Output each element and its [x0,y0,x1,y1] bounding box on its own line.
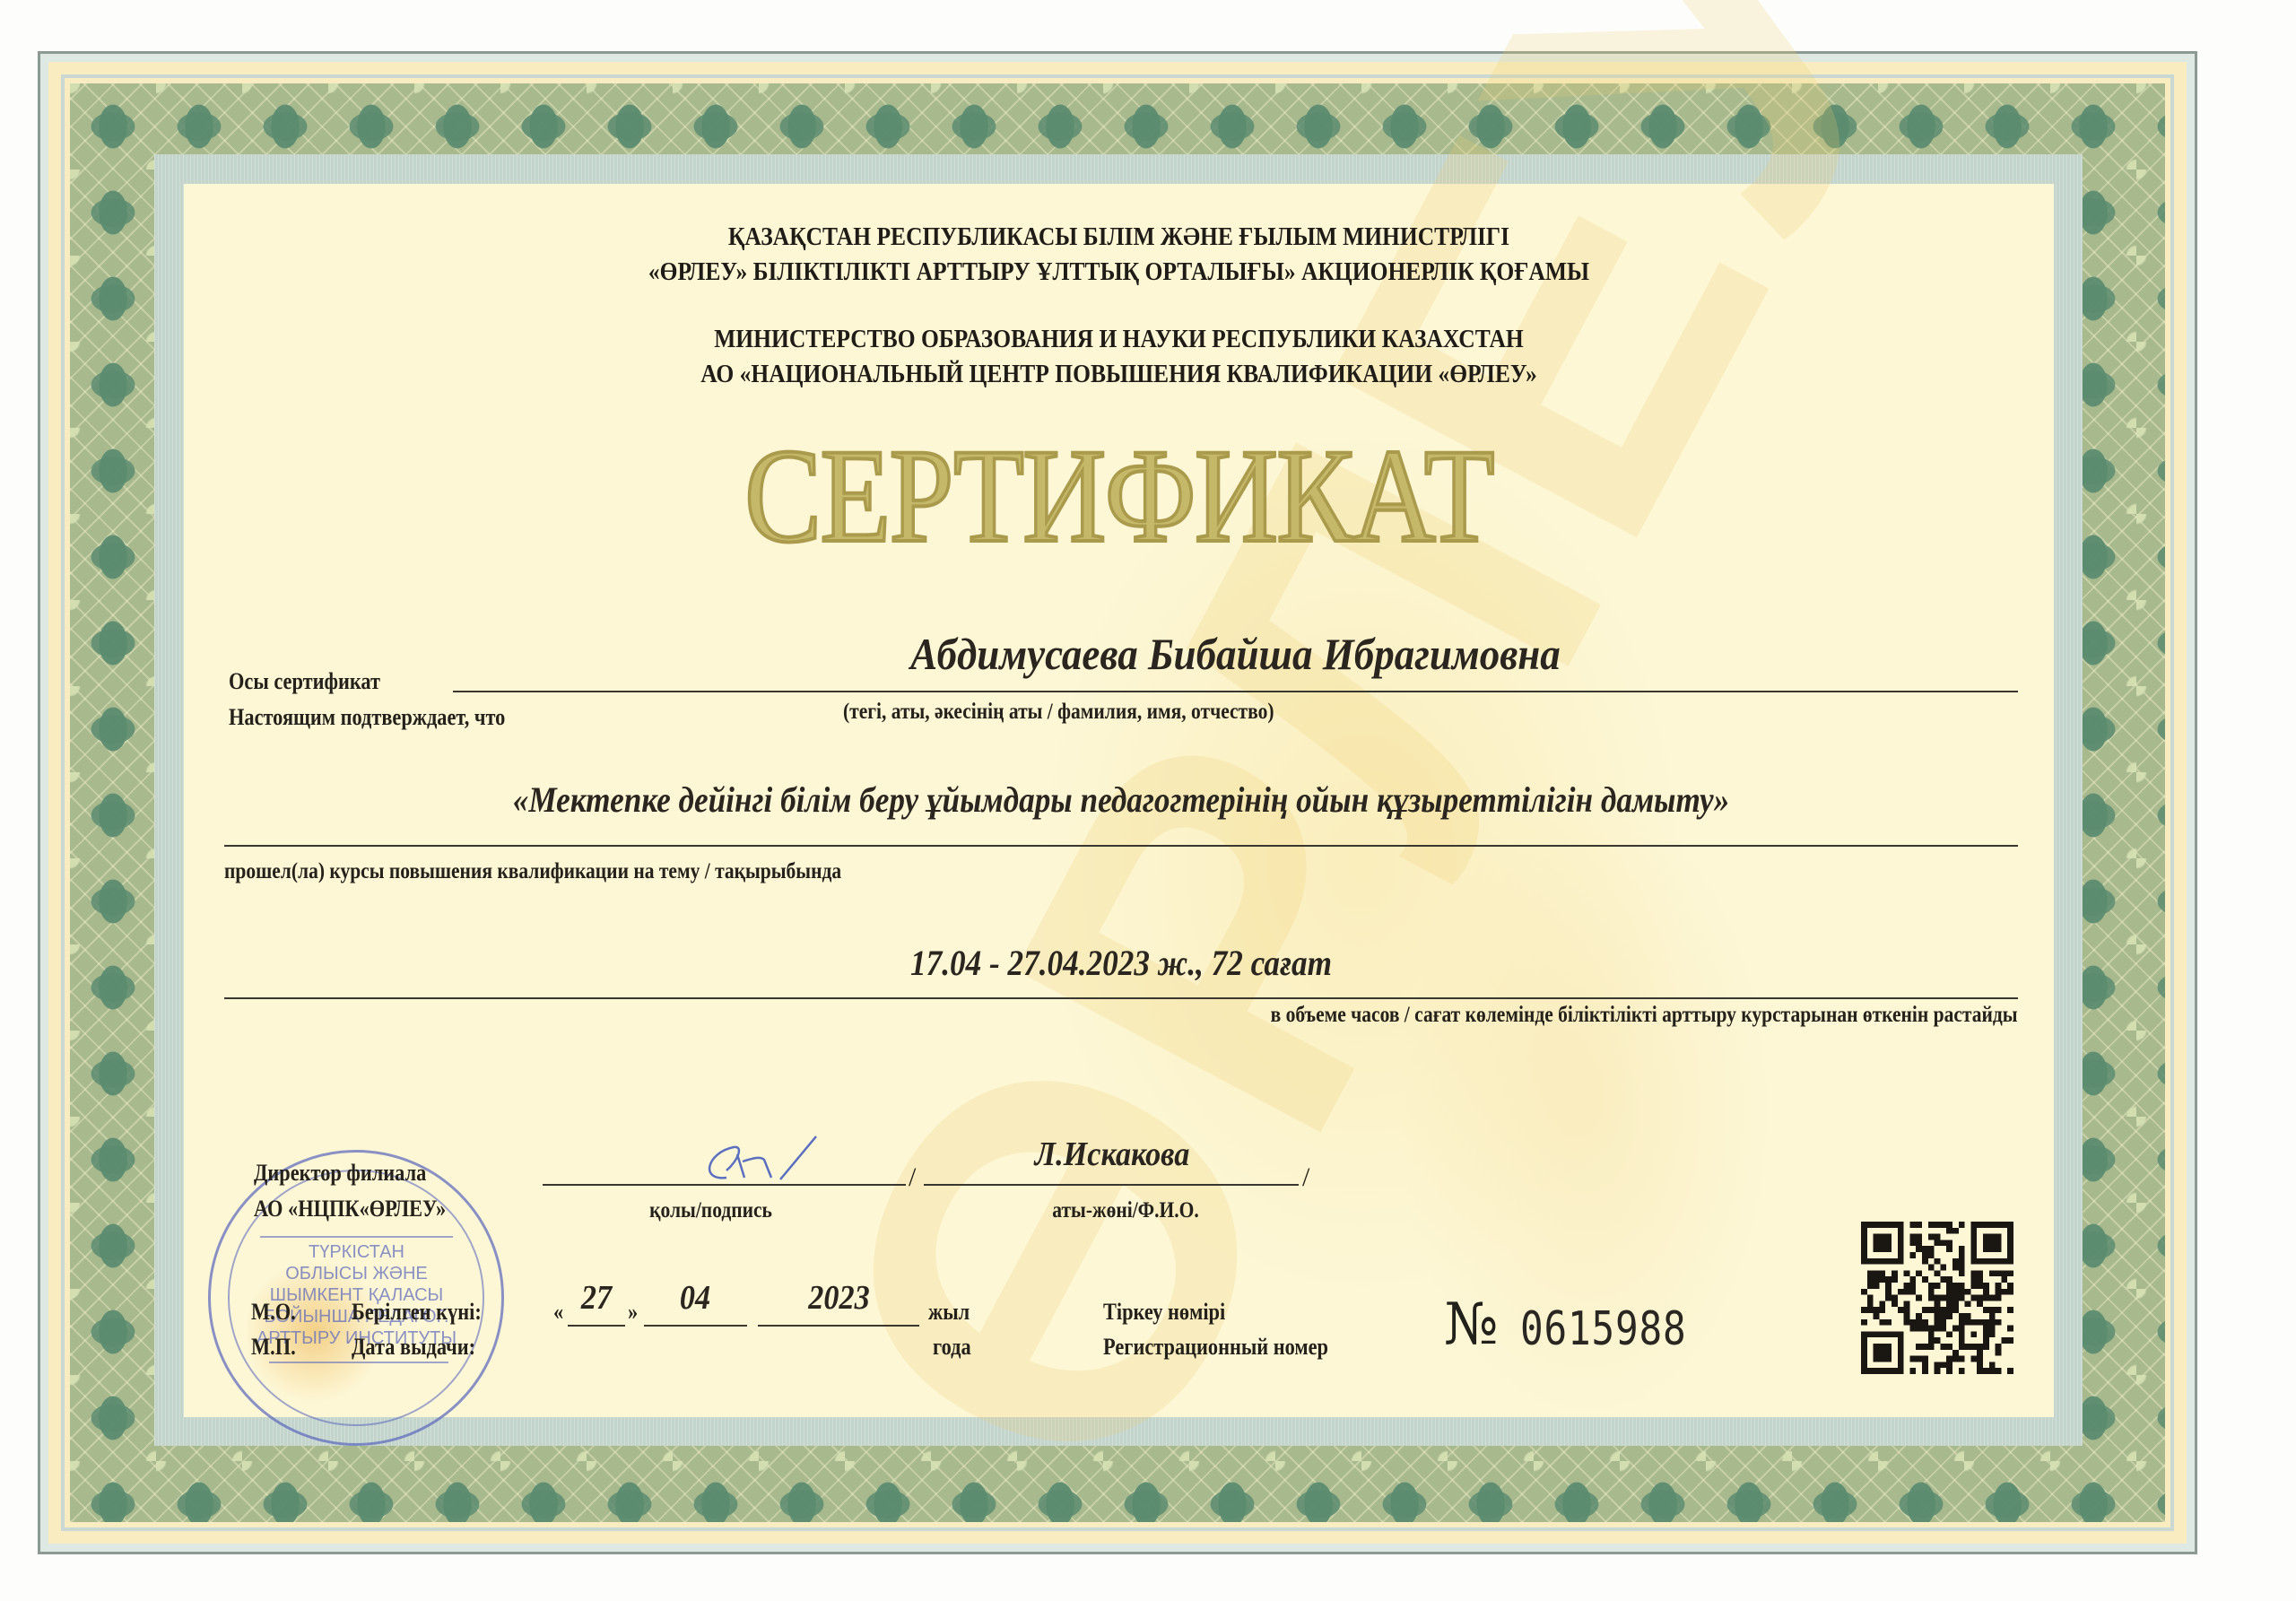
name-underline [453,691,2018,692]
mp-kz: М.О. [251,1299,296,1326]
course-caption: прошел(ла) курсы повышения квалификации … [224,859,841,884]
certificate-title: СЕРТИФИКАТ [315,429,1923,563]
year-label-kz: жыл [928,1299,970,1326]
year-label-ru: года [933,1334,971,1361]
signatory-position: Директор филиала [254,1160,426,1187]
issue-year: 2023 [769,1278,910,1318]
signature-line [543,1184,906,1186]
signatory-name-separator: / [1302,1162,1309,1193]
qr-code[interactable] [1861,1222,2013,1374]
signatory-organization: АО «НЦПК«ӨРЛЕУ» [254,1196,446,1223]
issue-day: 27 [572,1278,621,1318]
signatory-name-line [924,1184,1299,1186]
signature [691,1135,843,1188]
quote-close: » [628,1299,638,1326]
signatory-name: Л.Искакова [943,1135,1282,1174]
day-line [568,1325,625,1327]
month-line [644,1325,747,1327]
header-ru-line-1: МИНИСТЕРСТВО ОБРАЗОВАНИЯ И НАУКИ РЕСПУБЛ… [296,325,1942,354]
label-certificate-kz: Осы сертификат [229,668,380,695]
course-title: «Мектепке дейінгі білім беру ұйымдары пе… [332,779,1910,821]
quote-open: « [553,1299,563,1326]
year-line [758,1325,919,1327]
header-kz-line-1: ҚАЗАҚСТАН РЕСПУБЛИКАСЫ БІЛІМ ЖӘНЕ ҒЫЛЫМ … [296,222,1942,252]
recipient-name: Абдимусаева Бибайша Ибрагимовна [531,628,1940,680]
header-kz-line-2: «ӨРЛЕУ» БІЛІКТІЛІКТІ АРТТЫРУ ҰЛТТЫҚ ОРТА… [296,257,1942,287]
stamp-divider-bottom [269,1362,448,1363]
registration-number: 0615988 [1520,1302,1686,1356]
signature-separator: / [909,1162,916,1193]
dates-underline [224,997,2018,999]
stamp-center-text: ТҮРКІСТАН ОБЛЫСЫ ЖӘНЕ ШЫМКЕНТ ҚАЛАСЫ БОЙ… [242,1241,471,1349]
registration-label-ru: Регистрационный номер [1103,1334,1328,1361]
label-certificate-ru: Настоящим подтверждает, что [229,704,505,731]
header-ru-line-2: АО «НАЦИОНАЛЬНЫЙ ЦЕНТР ПОВЫШЕНИЯ КВАЛИФИ… [296,360,1942,389]
signatory-name-caption: аты-жөні/Ф.И.О. [1052,1198,1198,1223]
issue-month: 04 [651,1278,740,1318]
issue-date-label-ru: Дата выдачи: [352,1334,475,1361]
course-underline [224,845,2018,847]
duration-caption: в объеме часов / сағат көлемінде білікті… [1271,1003,2018,1028]
registration-label-kz: Тіркеу нөмірі [1103,1299,1225,1326]
name-caption: (тегі, аты, әкесінің аты / фамилия, имя,… [843,700,1274,725]
number-sign: № [1444,1292,1499,1358]
course-dates-hours: 17.04 - 27.04.2023 ж., 72 сағат [332,942,1910,984]
signature-caption: қолы/подпись [649,1198,772,1223]
mp-ru: М.П. [251,1334,296,1361]
issue-date-label-kz: Берілген күні: [352,1299,482,1326]
stamp-divider-top [260,1236,453,1238]
